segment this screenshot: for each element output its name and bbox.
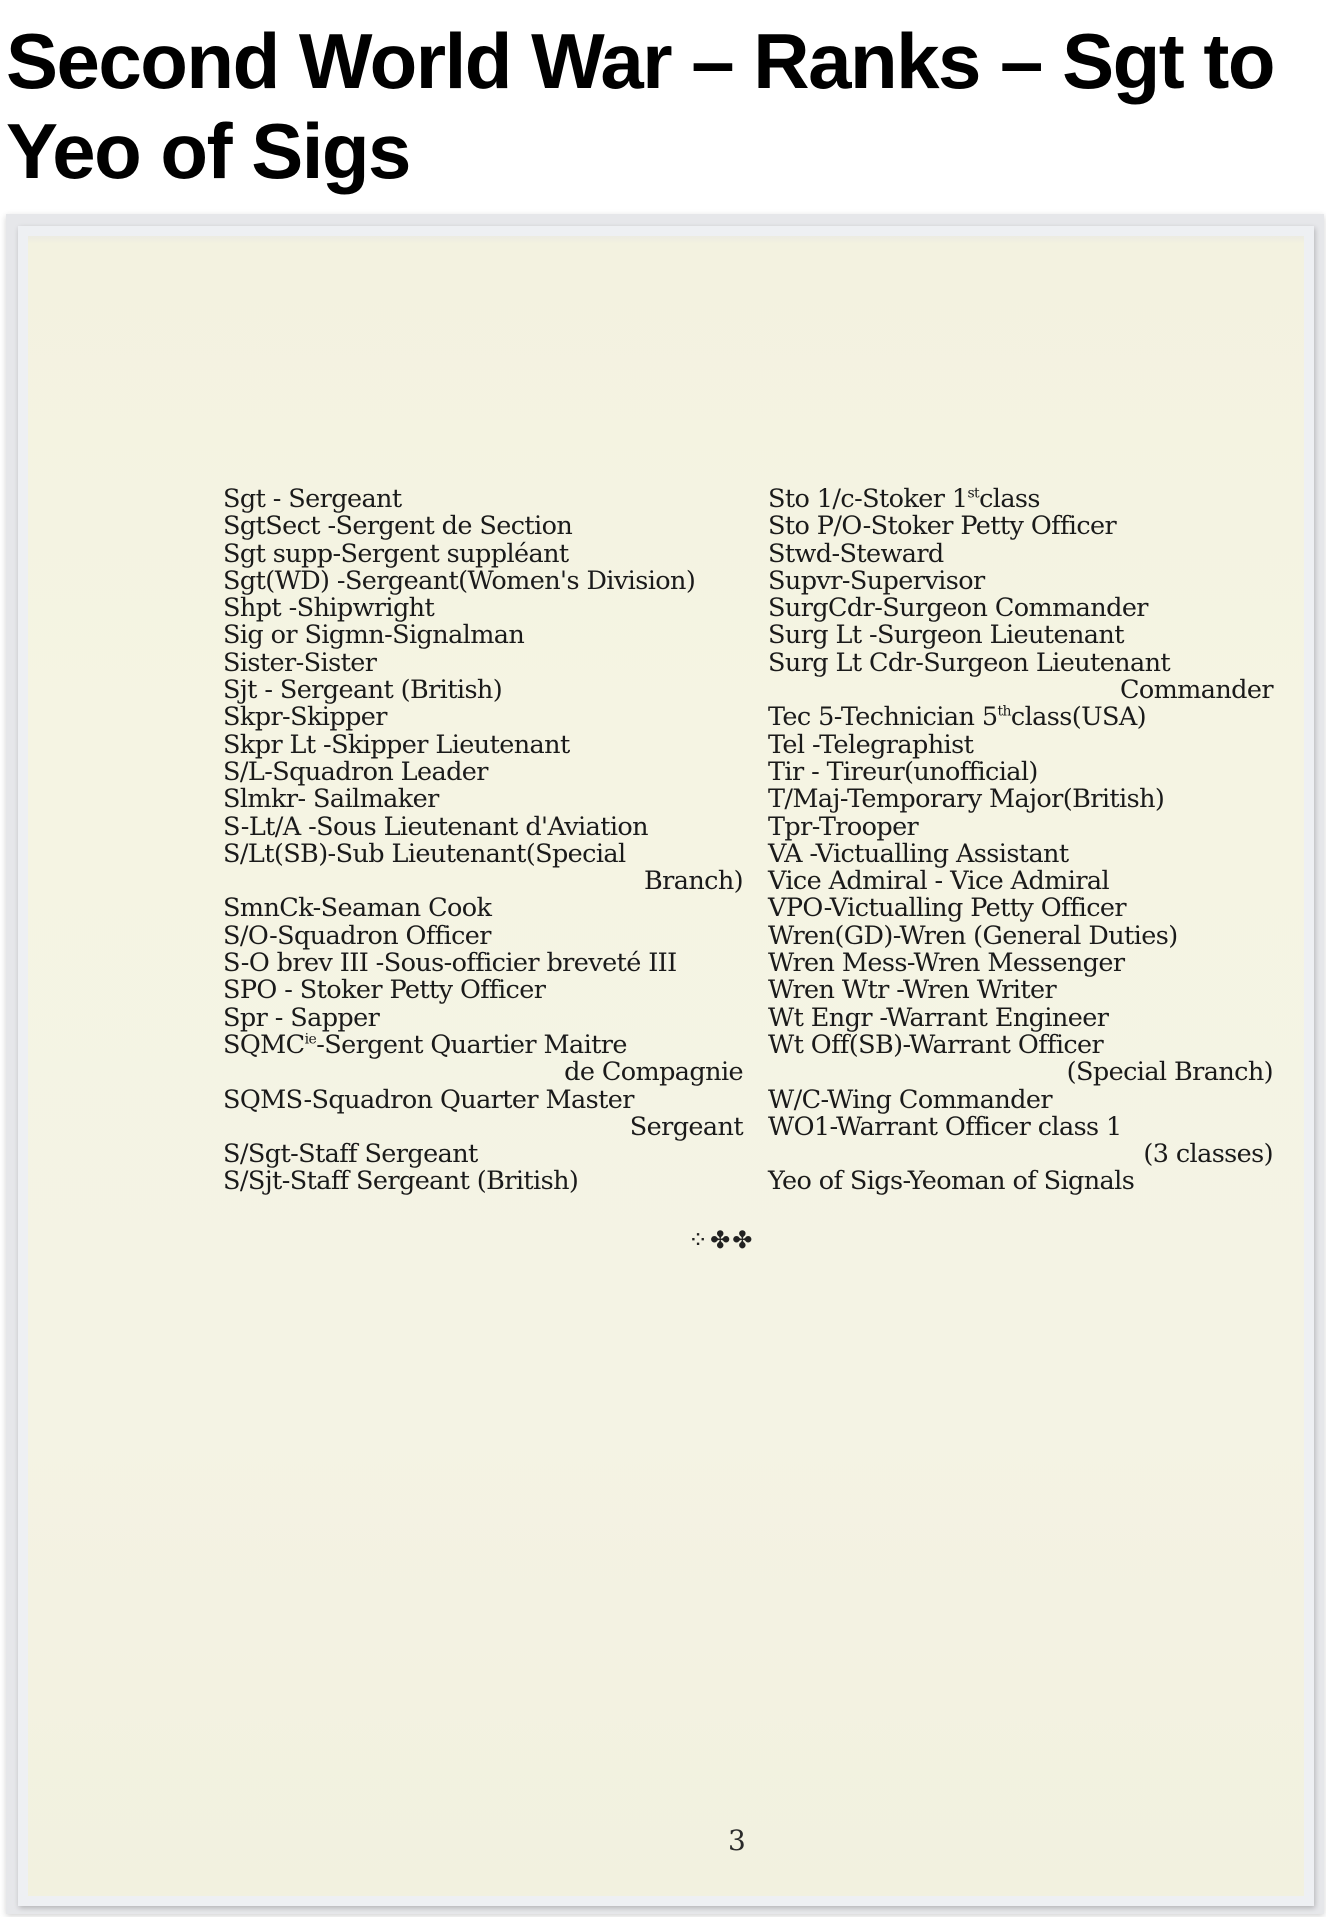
separator: - [304, 1085, 312, 1115]
rank-abbreviation: Tec 5 [768, 702, 834, 732]
rank-meaning-tail: class [979, 484, 1040, 514]
rank-abbreviation: Tel [768, 730, 804, 760]
rank-meaning-continuation: Commander [768, 677, 1273, 704]
rank-abbreviation: SurgCdr [768, 593, 874, 623]
rank-entry: W/C-Wing Commander [768, 1087, 1273, 1114]
separator: - [927, 866, 950, 896]
rank-abbreviation: Spr [223, 1003, 267, 1033]
rank-meaning: Sister [304, 648, 377, 678]
rank-meaning: Sub Lieutenant(Special [336, 839, 626, 869]
rank-meaning: Warrant Officer [909, 1030, 1103, 1060]
rank-meaning: Supervisor [850, 566, 985, 596]
rank-meaning: Temporary Major(British) [847, 784, 1164, 814]
rank-entry: SQMCie-Sergent Quartier Maitre [223, 1032, 743, 1059]
separator: - [384, 620, 392, 650]
rank-entry: Wren Wtr -Wren Writer [768, 977, 1273, 1004]
rank-entry: Sgt supp-Sergent suppléant [223, 541, 743, 568]
ordinal-superscript: th [997, 704, 1010, 720]
rank-entry: Sister-Sister [223, 650, 743, 677]
rank-entry: Wren Mess-Wren Messenger [768, 950, 1273, 977]
separator: - [889, 975, 903, 1005]
separator: - [313, 893, 321, 923]
rank-entry: T/Maj-Temporary Major(British) [768, 786, 1273, 813]
rank-meaning: Sergent de Section [335, 511, 572, 541]
rank-abbreviation: SQMC [223, 1030, 305, 1060]
rank-abbreviation: Skpr Lt [223, 730, 316, 760]
separator: - [282, 1166, 290, 1196]
rank-abbreviation: Wren Mess [768, 948, 907, 978]
rank-meaning: Sous-officier breveté III [384, 948, 677, 978]
rank-entry: Wt Engr -Warrant Engineer [768, 1005, 1273, 1032]
rank-meaning: Technician 5 [841, 702, 998, 732]
rank-entry: WO1-Warrant Officer class 1 [768, 1114, 1273, 1141]
rank-abbreviation: S/Sgt [223, 1139, 290, 1169]
rank-meaning: Vice Admiral [950, 866, 1109, 896]
abbreviation-superscript: ie [305, 1031, 317, 1047]
rank-meaning: Squadron Officer [277, 921, 491, 951]
rank-abbreviation: Stwd [768, 539, 831, 569]
rank-entry: S/L-Squadron Leader [223, 759, 743, 786]
rank-abbreviation: Sig or Sigmn [223, 620, 384, 650]
ordinal-superscript: st [967, 486, 979, 502]
rank-entry: S-O brev III -Sous-officier breveté III [223, 950, 743, 977]
rank-entry: Sto 1/c-Stoker 1stclass [768, 486, 1273, 513]
separator: - [802, 839, 816, 869]
rank-meaning: Victualling Petty Officer [830, 893, 1126, 923]
rank-entry: Spr - Sapper [223, 1005, 743, 1032]
rank-meaning: Skipper [290, 702, 387, 732]
rank-entry: Surg Lt -Surgeon Lieutenant [768, 622, 1273, 649]
rank-meaning: Stoker 1 [862, 484, 967, 514]
ranks-left-column: Sgt - SergeantSgtSect -Sergent de Sectio… [223, 486, 743, 1196]
rank-abbreviation: S/Sjt [223, 1166, 282, 1196]
rank-meaning: Sergent suppléant [341, 539, 569, 569]
separator: - [329, 566, 345, 596]
rank-meaning: Sergeant(Women's Division) [345, 566, 695, 596]
rank-meaning: Signalman [392, 620, 524, 650]
rank-meaning: Stoker Petty Officer [871, 511, 1117, 541]
separator: - [265, 484, 288, 514]
rank-meaning-continuation: (Special Branch) [768, 1059, 1273, 1086]
rank-abbreviation: S/L [223, 757, 264, 787]
rank-meaning: Wren (General Duties) [899, 921, 1177, 951]
rank-entry: Sto P/O-Stoker Petty Officer [768, 513, 1273, 540]
rank-abbreviation: Sto 1/c [768, 484, 854, 514]
rank-entry: Stwd-Steward [768, 541, 1273, 568]
rank-abbreviation: Skpr [223, 702, 282, 732]
rank-abbreviation: W/C [768, 1085, 821, 1115]
rank-meaning: Surgeon Commander [882, 593, 1148, 623]
rank-abbreviation: SmnCk [223, 893, 313, 923]
rank-meaning: Shipwright [297, 593, 435, 623]
rank-entry: Skpr Lt -Skipper Lieutenant [223, 732, 743, 759]
rank-meaning: Squadron Leader [272, 757, 488, 787]
rank-entry: Sjt - Sergeant (British) [223, 677, 743, 704]
separator: - [282, 702, 290, 732]
separator: - [872, 1003, 886, 1033]
separator: - [297, 784, 313, 814]
rank-entry: VPO-Victualling Petty Officer [768, 895, 1273, 922]
separator: - [320, 511, 336, 541]
rank-abbreviation: S-Lt/A [223, 812, 301, 842]
rank-meaning: Warrant Engineer [886, 1003, 1108, 1033]
rank-meaning: Tireur(unofficial) [827, 757, 1038, 787]
rank-abbreviation: Vice Admiral [768, 866, 927, 896]
paper-edge [28, 236, 1304, 244]
rank-entry: SgtSect -Sergent de Section [223, 513, 743, 540]
rank-entry: Sgt - Sergeant [223, 486, 743, 513]
rank-meaning-continuation: Sergeant [223, 1114, 743, 1141]
rank-abbreviation: Wren Wtr [768, 975, 889, 1005]
rank-abbreviation: Wt Off(SB) [768, 1030, 902, 1060]
rank-meaning-continuation: Branch) [223, 868, 743, 895]
rank-meaning: Skipper Lieutenant [331, 730, 570, 760]
rank-abbreviation: Slmkr [223, 784, 297, 814]
rank-abbreviation: Sgt supp [223, 539, 333, 569]
rank-abbreviation: Wren(GD) [768, 921, 893, 951]
separator: - [834, 702, 841, 732]
rank-abbreviation: SQMS [223, 1085, 304, 1115]
rank-meaning: Sergeant [288, 484, 401, 514]
rank-meaning: Squadron Quarter Master [312, 1085, 634, 1115]
rank-meaning: Warrant Officer class 1 [836, 1112, 1122, 1142]
separator: - [863, 511, 871, 541]
page-number: 3 [728, 1824, 746, 1857]
separator: - [804, 757, 827, 787]
rank-entry: Surg Lt Cdr-Surgeon Lieutenant [768, 650, 1273, 677]
rank-entry: SQMS-Squadron Quarter Master [223, 1087, 743, 1114]
rank-meaning: Yeoman of Signals [908, 1166, 1135, 1196]
rank-abbreviation: S-O brev III [223, 948, 368, 978]
rank-meaning: Sailmaker [313, 784, 439, 814]
rank-abbreviation: VA [768, 839, 802, 869]
rank-abbreviation: Sjt [223, 675, 257, 705]
rank-entry: S/O-Squadron Officer [223, 923, 743, 950]
rank-abbreviation: Supvr [768, 566, 842, 596]
rank-entry: Wt Off(SB)-Warrant Officer [768, 1032, 1273, 1059]
rank-entry: S/Sjt-Staff Sergeant (British) [223, 1168, 743, 1195]
rank-meaning: Sapper [290, 1003, 379, 1033]
ornament-divider-icon: ⁘✤✤ [688, 1226, 754, 1254]
rank-abbreviation: S/Lt(SB) [223, 839, 328, 869]
rank-meaning: Staff Sergeant (British) [290, 1166, 579, 1196]
rank-abbreviation: VPO [768, 893, 824, 923]
rank-meaning-continuation: de Compagnie [223, 1059, 743, 1086]
rank-entry: Yeo of Sigs-Yeoman of Signals [768, 1168, 1273, 1195]
rank-abbreviation: Tir [768, 757, 804, 787]
rank-entry: Vice Admiral - Vice Admiral [768, 868, 1273, 895]
separator: - [316, 1030, 324, 1060]
rank-meaning: Wing Commander [827, 1085, 1052, 1115]
separator: - [257, 675, 280, 705]
separator: - [333, 539, 341, 569]
page-title: Second World War – Ranks – Sgt to Yeo of… [6, 16, 1306, 196]
separator: - [368, 948, 384, 978]
rank-abbreviation: SPO [223, 975, 277, 1005]
rank-abbreviation: Sto P/O [768, 511, 863, 541]
separator: - [812, 812, 819, 842]
ranks-right-column: Sto 1/c-Stoker 1stclassSto P/O-Stoker Pe… [768, 486, 1273, 1196]
rank-entry: Sig or Sigmn-Signalman [223, 622, 743, 649]
rank-abbreviation: Wt Engr [768, 1003, 872, 1033]
rank-entry: VA -Victualling Assistant [768, 841, 1273, 868]
separator: - [831, 539, 839, 569]
separator: - [296, 648, 304, 678]
rank-meaning: Surgeon Lieutenant [923, 648, 1170, 678]
rank-entry: SurgCdr-Surgeon Commander [768, 595, 1273, 622]
separator: - [316, 730, 332, 760]
rank-abbreviation: Shpt [223, 593, 281, 623]
separator: - [854, 484, 862, 514]
separator: - [267, 1003, 290, 1033]
rank-entry: S/Lt(SB)-Sub Lieutenant(Special [223, 841, 743, 868]
separator: - [281, 593, 297, 623]
rank-meaning: Trooper [819, 812, 918, 842]
separator: - [804, 730, 819, 760]
rank-abbreviation: Sister [223, 648, 296, 678]
rank-entry: S/Sgt-Staff Sergeant [223, 1141, 743, 1168]
rank-abbreviation: SgtSect [223, 511, 320, 541]
rank-abbreviation: Surg Lt Cdr [768, 648, 915, 678]
rank-entry: SPO - Stoker Petty Officer [223, 977, 743, 1004]
separator: - [277, 975, 300, 1005]
rank-entry: Slmkr- Sailmaker [223, 786, 743, 813]
rank-meaning: Sous Lieutenant d'Aviation [316, 812, 648, 842]
separator: - [328, 839, 336, 869]
rank-meaning: Steward [840, 539, 944, 569]
rank-entry: Tec 5-Technician 5thclass(USA) [768, 704, 1273, 731]
rank-abbreviation: Sgt [223, 484, 265, 514]
separator: - [269, 921, 277, 951]
rank-entry: Shpt -Shipwright [223, 595, 743, 622]
rank-meaning: Sergeant (British) [280, 675, 502, 705]
rank-entry: Wren(GD)-Wren (General Duties) [768, 923, 1273, 950]
rank-abbreviation: Surg Lt [768, 620, 862, 650]
rank-meaning: Telegraphist [819, 730, 973, 760]
rank-entry: Skpr-Skipper [223, 704, 743, 731]
rank-meaning: Sergent Quartier Maitre [324, 1030, 627, 1060]
rank-abbreviation: T/Maj [768, 784, 840, 814]
rank-meaning: Wren Messenger [913, 948, 1124, 978]
rank-entry: S-Lt/A -Sous Lieutenant d'Aviation [223, 814, 743, 841]
scanned-document-page: Sgt - SergeantSgtSect -Sergent de Sectio… [28, 236, 1304, 1896]
rank-abbreviation: Tpr [768, 812, 812, 842]
rank-abbreviation: Yeo of Sigs [768, 1166, 903, 1196]
rank-abbreviation: S/O [223, 921, 269, 951]
separator: - [842, 566, 850, 596]
rank-entry: Tir - Tireur(unofficial) [768, 759, 1273, 786]
rank-meaning: Wren Writer [903, 975, 1056, 1005]
rank-abbreviation: Sgt(WD) [223, 566, 329, 596]
rank-abbreviation: WO1 [768, 1112, 830, 1142]
rank-meaning: Surgeon Lieutenant [877, 620, 1124, 650]
rank-entry: Tel -Telegraphist [768, 732, 1273, 759]
rank-meaning-continuation: (3 classes) [768, 1141, 1273, 1168]
separator: - [290, 1139, 298, 1169]
rank-meaning: Staff Sergeant [298, 1139, 478, 1169]
separator: - [840, 784, 847, 814]
separator: - [301, 812, 317, 842]
rank-meaning: Seaman Cook [321, 893, 492, 923]
rank-entry: Tpr-Trooper [768, 814, 1273, 841]
rank-entry: Supvr-Supervisor [768, 568, 1273, 595]
rank-entry: SmnCk-Seaman Cook [223, 895, 743, 922]
rank-meaning-tail: class(USA) [1011, 702, 1146, 732]
rank-entry: Sgt(WD) -Sergeant(Women's Division) [223, 568, 743, 595]
rank-meaning: Victualling Assistant [816, 839, 1069, 869]
rank-meaning: Stoker Petty Officer [300, 975, 546, 1005]
separator: - [862, 620, 878, 650]
